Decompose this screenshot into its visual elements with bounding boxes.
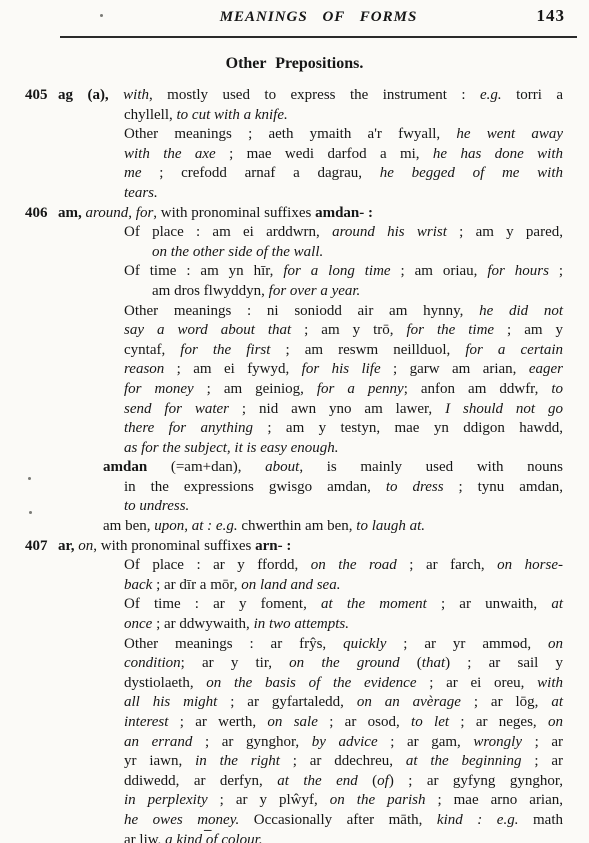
text-segment: ; ar farch, [397, 557, 497, 573]
text-segment: back [124, 577, 152, 593]
entry-line: in the expressions gwisgo amdan, to dres… [0, 478, 563, 498]
entry-line: am dros flwyddyn, for over a year. [0, 282, 563, 302]
text-segment: ; am oriau, [391, 263, 488, 279]
entry-line: am ben, upon, at : e.g. chwerthin am ben… [0, 517, 563, 537]
text-segment: at the moment [321, 596, 427, 612]
entry-line: reason ; am ei fywyd, for his life ; gar… [0, 360, 563, 380]
text-segment: cyntaf, [124, 342, 180, 358]
entry-line: Of time : ar y foment, at the moment ; a… [0, 595, 563, 615]
text-segment: ; ar ei oreu, [417, 675, 538, 691]
text-segment: ; ar dīr a mōr, [152, 577, 241, 593]
text-segment: ; ar y plŵyf, [208, 792, 330, 808]
text-segment: for [136, 205, 154, 221]
text-segment: , [184, 518, 192, 534]
text-segment: for hours [487, 263, 549, 279]
text-segment: for over a year. [269, 283, 361, 299]
text-segment: all his might [124, 694, 217, 710]
text-segment: Of place : ar y ffordd, [124, 557, 311, 573]
page-number: 143 [537, 6, 566, 26]
text-segment: wrongly [473, 734, 522, 750]
text-segment: on horse- [497, 557, 563, 573]
text-segment: on sale [267, 714, 317, 730]
end-mark: – [204, 822, 212, 839]
text-segment: ; garw am arian, [381, 361, 529, 377]
text-segment: am, [58, 205, 86, 221]
text-segment: to dress [386, 479, 444, 495]
entry-line: he owes money. Occasionally after māth, … [0, 811, 563, 831]
entry-line: yr iawn, in the right ; ar ddechreu, at … [0, 752, 563, 772]
text-segment: he went away [456, 126, 563, 142]
text-segment: ; ar [522, 734, 563, 750]
entry-line: cyntaf, for the first ; am reswm neilldu… [0, 341, 563, 361]
text-segment: in two attempts. [254, 616, 349, 632]
text-segment: he did not [479, 303, 563, 319]
entry-line: send for water ; nid awn yno am lawer, I… [0, 400, 563, 420]
entry-line: amdan (=am+dan), about, is mainly used w… [0, 458, 563, 478]
text-segment [482, 812, 497, 828]
text-segment: ; ar [521, 753, 563, 769]
text-segment: , with pronominal suffixes [93, 538, 255, 554]
text-segment: ; crefodd arnaf a dagrau, [142, 165, 380, 181]
text-segment: as for the subject, it is easy enough. [124, 440, 339, 456]
entry-406: 406am, around, for, with pronominal suff… [0, 204, 563, 537]
entry-407: 407ar, on, with pronominal suffixes arn-… [0, 537, 563, 843]
entry-line: say a word about that ; am y trō, for th… [0, 321, 563, 341]
entry-number: 407 [25, 537, 58, 557]
text-segment: with [123, 87, 149, 103]
text-segment: ; ar werth, [168, 714, 267, 730]
entry-line: for money ; am geiniog, for a penny; anf… [0, 380, 563, 400]
entry-line: to undress. [0, 497, 563, 517]
text-segment: me [124, 165, 142, 181]
entries: 405ag (a), with, mostly used to express … [0, 86, 563, 843]
text-segment: ; nid awn yno am lawer, [229, 401, 445, 417]
entry-line: Of time : am yn hīr, for a long time ; a… [0, 262, 563, 282]
text-segment: for his life [302, 361, 381, 377]
text-segment: yr iawn, [124, 753, 195, 769]
text-segment: ; ar ddechreu, [280, 753, 406, 769]
text-segment: on the ground [289, 655, 399, 671]
text-segment: ; ar gyfartaledd, [217, 694, 357, 710]
text-segment: there for anything [124, 420, 253, 436]
scan-speck [100, 14, 103, 17]
text-segment: ; mae arno arian, [425, 792, 563, 808]
text-segment: upon [154, 518, 184, 534]
text-segment: amdan [103, 459, 147, 475]
text-segment: chwerthin am ben, [238, 518, 357, 534]
text-segment: ) ; ar sail y [445, 655, 563, 671]
text-segment: with the axe [124, 146, 216, 162]
text-segment: for a certain [465, 342, 563, 358]
text-segment: an errand [124, 734, 192, 750]
text-segment: e.g. [480, 87, 502, 103]
text-segment: at [551, 694, 563, 710]
text-segment: interest [124, 714, 168, 730]
text-segment: dystiolaeth, [124, 675, 206, 691]
entry-line: 405ag (a), with, mostly used to express … [0, 86, 563, 106]
text-segment: am ben, [103, 518, 154, 534]
entry-line: Other meanings : ar frŷs, quickly ; ar y… [0, 635, 563, 655]
text-segment: Of place : am ei arddwrn, [124, 224, 332, 240]
text-segment: ; am y pared, [447, 224, 563, 240]
entry-line: ddiwedd, ar derfyn, at the end (of) ; ar… [0, 772, 563, 792]
text-segment: in the expressions gwisgo amdan, [124, 479, 386, 495]
text-segment: on the road [311, 557, 397, 573]
entry-line: there for anything ; am y testyn, mae yn… [0, 419, 563, 439]
text-segment: ; ar osod, [318, 714, 411, 730]
text-segment: ar liw, [124, 832, 165, 843]
text-segment: chyllell, [124, 107, 177, 123]
text-segment: (=am+dan), [147, 459, 265, 475]
text-segment: in the right [195, 753, 280, 769]
text-segment: eager [529, 361, 563, 377]
text-segment: , is mainly used with nouns [299, 459, 563, 475]
text-segment: torri a [502, 87, 563, 103]
text-segment: with [537, 675, 563, 691]
text-segment: ; ar neges, [449, 714, 548, 730]
text-segment: on the parish [330, 792, 426, 808]
entry-line: an errand ; ar gynghor, by advice ; ar g… [0, 733, 563, 753]
text-segment: ar, [58, 538, 78, 554]
text-segment: ; ar yr ammod, [386, 636, 548, 652]
entry-line: with the axe ; mae wedi darfod a mi, he … [0, 145, 563, 165]
entry-line: back ; ar dīr a mōr, on land and sea. [0, 576, 563, 596]
text-segment: of [377, 773, 389, 789]
text-segment: at the end [277, 773, 358, 789]
entry-line: as for the subject, it is easy enough. [0, 439, 563, 459]
text-segment: Other meanings ; aeth ymaith a'r fwyall, [124, 126, 456, 142]
entry-line: interest ; ar werth, on sale ; ar osod, … [0, 713, 563, 733]
entry-line: condition; ar y tir, on the ground (that… [0, 654, 563, 674]
text-segment: say a word about that [124, 322, 291, 338]
text-segment: on the basis of the evidence [206, 675, 416, 691]
running-head: MEANINGS OF FORMS 143 [0, 0, 589, 35]
scan-speck [514, 645, 517, 648]
entry-number: 405 [25, 86, 58, 106]
text-segment: a kind of colour. [165, 832, 263, 843]
text-segment: for a penny [317, 381, 404, 397]
entry-line: dystiolaeth, on the basis of the evidenc… [0, 674, 563, 694]
text-segment: on [548, 636, 563, 652]
text-segment: in perplexity [124, 792, 208, 808]
text-segment: ; ar gynghor, [192, 734, 311, 750]
entry-line: in perplexity ; ar y plŵyf, on the paris… [0, 791, 563, 811]
text-segment: ; am reswm neillduol, [270, 342, 465, 358]
scan-speck [29, 511, 32, 514]
entry-line: Of place : ar y ffordd, on the road ; ar… [0, 556, 563, 576]
scan-speck [28, 477, 31, 480]
text-segment: at : [192, 518, 212, 534]
text-segment: at [551, 596, 563, 612]
text-segment: to cut with a knife. [177, 107, 288, 123]
text-segment: ; mae wedi darfod a mi, [216, 146, 433, 162]
entry-line: me ; crefodd arnaf a dagrau, he begged o… [0, 164, 563, 184]
text-segment: ( [400, 655, 422, 671]
text-segment: he begged of me with [380, 165, 563, 181]
text-segment: Of time : am yn hīr, [124, 263, 283, 279]
entry-line: Of place : am ei arddwrn, around his wri… [0, 223, 563, 243]
text-segment: around his wrist [332, 224, 447, 240]
entry-line: Other meanings : ni soniodd air am hynny… [0, 302, 563, 322]
text-segment: for a long time [283, 263, 390, 279]
entry-number: 406 [25, 204, 58, 224]
entry-line: 407ar, on, with pronominal suffixes arn-… [0, 537, 563, 557]
text-segment: tears. [124, 185, 158, 201]
text-segment: arn- : [255, 538, 291, 554]
text-segment: he has done with [433, 146, 563, 162]
text-segment: he owes money. [124, 812, 239, 828]
text-segment: I should not go [445, 401, 563, 417]
text-segment: ; ar gam, [378, 734, 474, 750]
book-page: MEANINGS OF FORMS 143 Other Prepositions… [0, 0, 589, 843]
text-segment: ; tynu amdan, [444, 479, 563, 495]
text-segment: Occasionally after māth, [239, 812, 437, 828]
text-segment: ; [549, 263, 563, 279]
text-segment: once [124, 616, 152, 632]
text-segment: for the time [406, 322, 494, 338]
text-segment: ; ar y tir, [181, 655, 290, 671]
running-head-title: MEANINGS OF FORMS [60, 9, 577, 26]
text-segment: math [518, 812, 563, 828]
text-segment: to [551, 381, 563, 397]
entry-line: 406am, around, for, with pronominal suff… [0, 204, 563, 224]
text-segment: on [78, 538, 93, 554]
text-segment: by advice [312, 734, 378, 750]
text-segment: on [548, 714, 563, 730]
text-segment: ; ar lōg, [461, 694, 551, 710]
entry-405: 405ag (a), with, mostly used to express … [0, 86, 563, 204]
text-segment: send for water [124, 401, 229, 417]
text-segment: quickly [343, 636, 386, 652]
entry-line: Other meanings ; aeth ymaith a'r fwyall,… [0, 125, 563, 145]
text-segment: , mostly used to express the instrument … [149, 87, 480, 103]
text-segment: at the beginning [406, 753, 522, 769]
text-segment: on the other side of the wall. [152, 244, 323, 260]
text-segment: , with pronominal suffixes [153, 205, 315, 221]
text-segment: to laugh at. [356, 518, 425, 534]
text-segment: amdan- : [315, 205, 373, 221]
text-segment: kind : [437, 812, 482, 828]
text-segment: ( [358, 773, 377, 789]
text-segment: ; am y trō, [291, 322, 406, 338]
text-segment: e.g. [497, 812, 519, 828]
text-segment: around [86, 205, 129, 221]
text-segment: to let [411, 714, 449, 730]
entry-line: on the other side of the wall. [0, 243, 563, 263]
text-segment: ; ar unwaith, [427, 596, 552, 612]
text-segment: ag (a), [58, 87, 123, 103]
text-segment: e.g. [216, 518, 238, 534]
entry-line: chyllell, to cut with a knife. [0, 106, 563, 126]
entry-line: ar liw, a kind of colour. [0, 831, 563, 843]
text-segment: ; am ei fywyd, [164, 361, 301, 377]
text-segment: about [265, 459, 299, 475]
text-segment: ; ar ddwywaith, [152, 616, 253, 632]
text-segment: ; am y testyn, mae yn ddigon hawdd, [253, 420, 563, 436]
text-segment: on land and sea. [241, 577, 340, 593]
text-segment: to undress. [124, 498, 189, 514]
text-segment: ) ; ar gyfyng gynghor, [389, 773, 563, 789]
text-segment: for the first [180, 342, 270, 358]
entry-line: all his might ; ar gyfartaledd, on an av… [0, 693, 563, 713]
text-segment: for money [124, 381, 194, 397]
text-segment: ; anfon am ddwfr, [404, 381, 552, 397]
text-segment: Of time : ar y foment, [124, 596, 321, 612]
text-segment: ddiwedd, ar derfyn, [124, 773, 277, 789]
text-segment: ; am geiniog, [194, 381, 317, 397]
section-title: Other Prepositions. [0, 55, 589, 73]
text-segment: condition [124, 655, 181, 671]
header-rule [60, 36, 577, 38]
text-segment: am dros flwyddyn, [152, 283, 269, 299]
entry-line: once ; ar ddwywaith, in two attempts. [0, 615, 563, 635]
entry-line: tears. [0, 184, 563, 204]
text-segment: , [128, 205, 136, 221]
text-segment: that [422, 655, 445, 671]
text-segment: Other meanings : ni soniodd air am hynny… [124, 303, 479, 319]
text-segment: on an avèrage [357, 694, 461, 710]
text-segment: Other meanings : ar frŷs, [124, 636, 343, 652]
text-segment: ; am y [494, 322, 563, 338]
text-segment: reason [124, 361, 164, 377]
